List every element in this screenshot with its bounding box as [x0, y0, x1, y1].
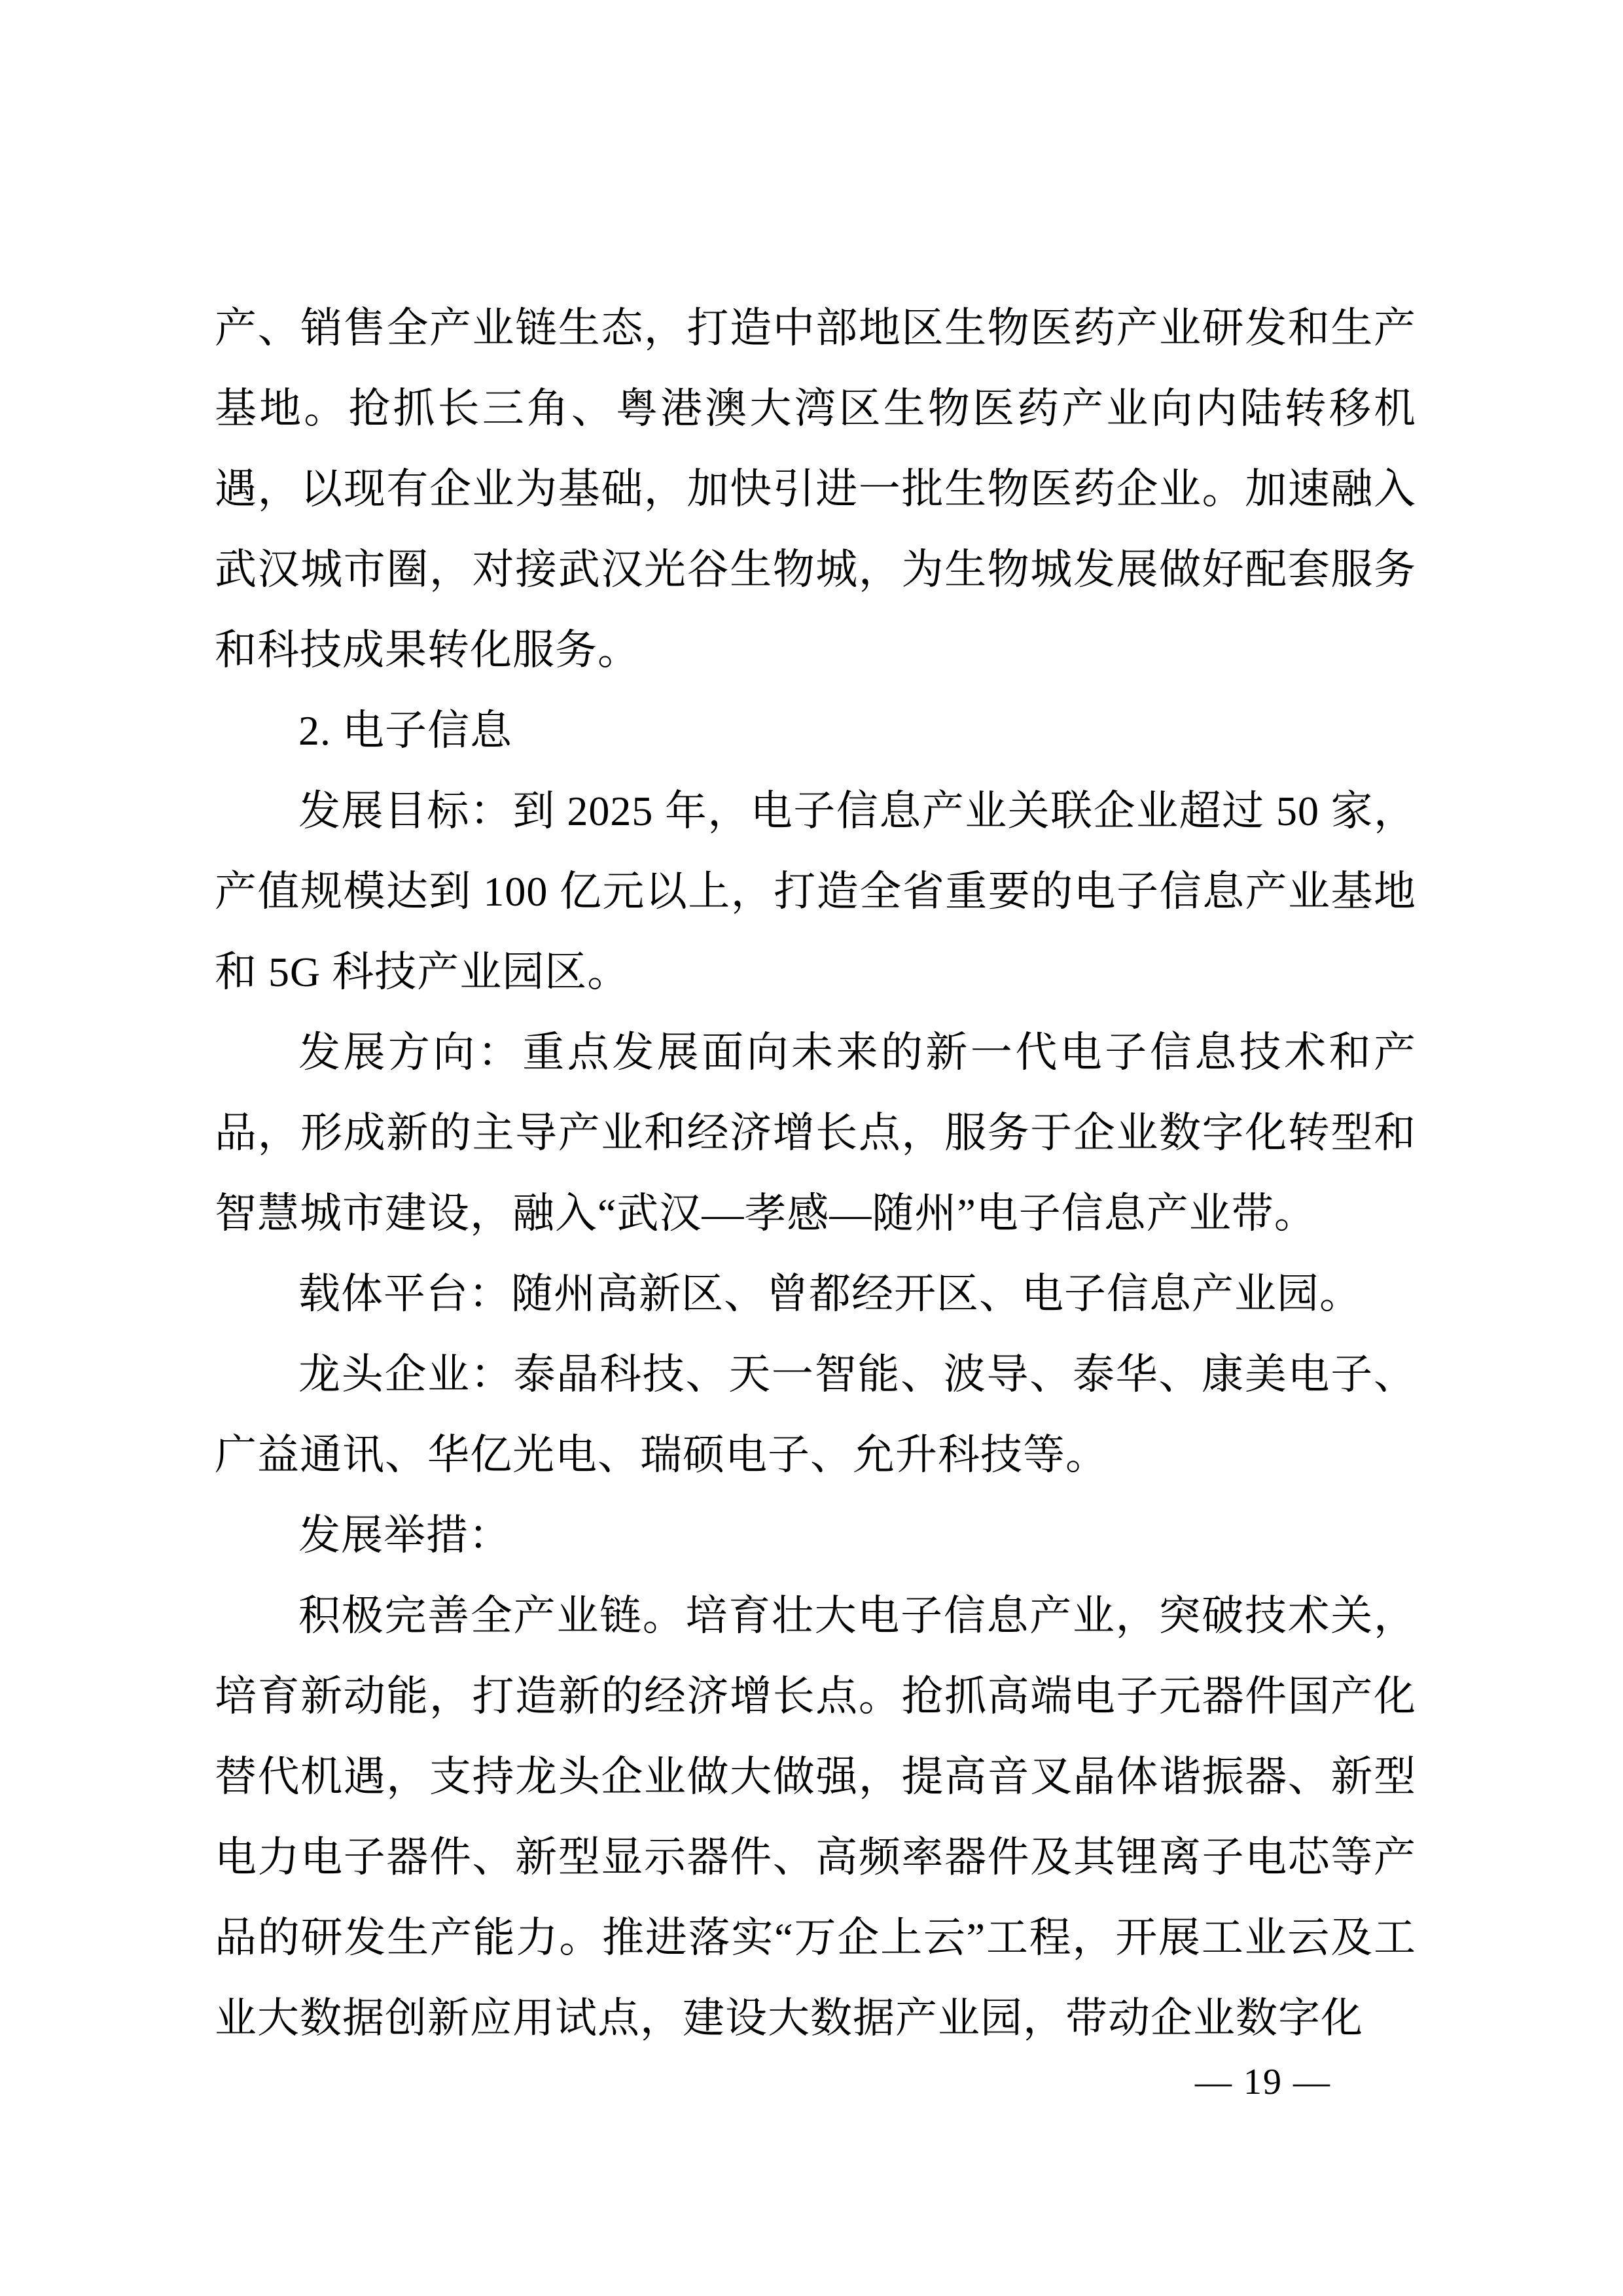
page-number: — 19 —: [1126, 2056, 1400, 2108]
document-page: 产、销售全产业链生态，打造中部地区生物医药产业研发和生产基地。抢抓长三角、粤港澳…: [0, 0, 1623, 2296]
paragraph-development-direction: 发展方向：重点发展面向未来的新一代电子信息技术和产品，形成新的主导产业和经济增长…: [215, 1012, 1416, 1254]
heading-electronic-information: 2. 电子信息: [215, 690, 1416, 771]
paragraph-leading-enterprises: 龙头企业：泰晶科技、天一智能、波导、泰华、康美电子、广益通讯、华亿光电、瑞硕电子…: [215, 1334, 1416, 1495]
paragraph-development-goal: 发展目标：到 2025 年，电子信息产业关联企业超过 50 家，产值规模达到 1…: [215, 771, 1416, 1012]
paragraph-biomedicine-continuation: 产、销售全产业链生态，打造中部地区生物医药产业研发和生产基地。抢抓长三角、粤港澳…: [215, 288, 1416, 690]
paragraph-development-measures-detail: 积极完善全产业链。培育壮大电子信息产业，突破技术关，培育新动能，打造新的经济增长…: [215, 1576, 1416, 2058]
text-block: 产、销售全产业链生态，打造中部地区生物医药产业研发和生产基地。抢抓长三角、粤港澳…: [215, 288, 1416, 2058]
paragraph-carrier-platforms: 载体平台：随州高新区、曾都经开区、电子信息产业园。: [215, 1254, 1416, 1334]
paragraph-development-measures-label: 发展举措：: [215, 1495, 1416, 1576]
